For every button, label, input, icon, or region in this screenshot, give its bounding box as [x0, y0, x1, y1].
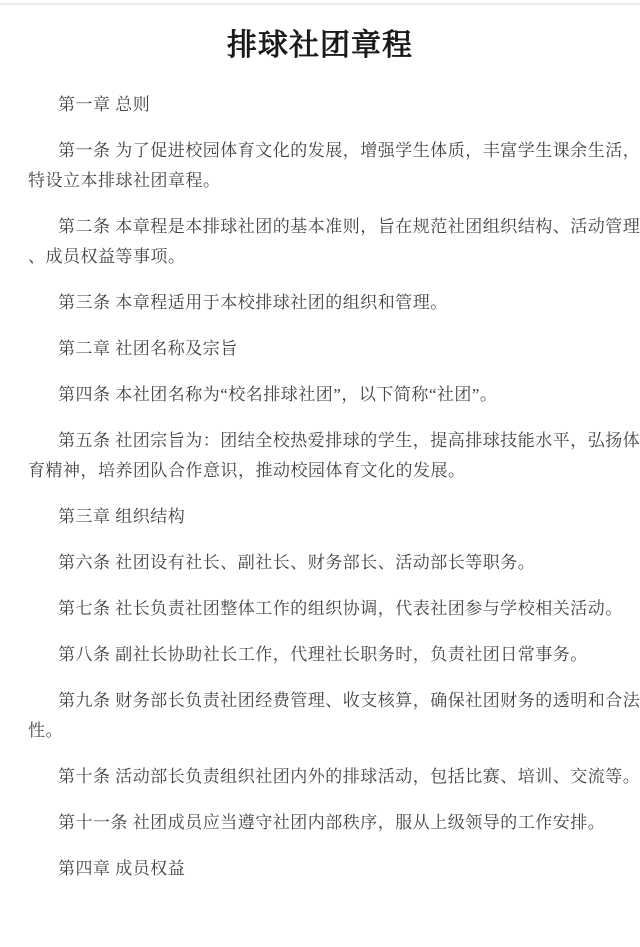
text-line: 第三章 组织结构 — [28, 502, 614, 532]
text-line: 第六条 社团设有社长、副社长、财务部长、活动部长等职务。 — [28, 548, 614, 578]
text-line: 、成员权益等事项。 — [28, 242, 614, 272]
article-paragraph: 第二条 本章程是本排球社团的基本准则，旨在规范社团组织结构、活动管理 、成员权益… — [28, 212, 614, 272]
article-paragraph: 第八条 副社长协助社长工作，代理社长职务时，负责社团日常事务。 — [28, 640, 614, 670]
text-line: 第三条 本章程适用于本校排球社团的组织和管理。 — [28, 288, 614, 318]
text-line: 性。 — [28, 716, 614, 746]
text-line: 第十一条 社团成员应当遵守社团内部秩序，服从上级领导的工作安排。 — [28, 808, 614, 838]
article-paragraph: 第五条 社团宗旨为：团结全校热爱排球的学生，提高排球技能水平，弘扬体 育精神，培… — [28, 426, 614, 486]
document-body: 第一章 总则 第一条 为了促进校园体育文化的发展，增强学生体质，丰富学生课余生活… — [0, 63, 640, 884]
article-paragraph: 第七条 社长负责社团整体工作的组织协调，代表社团参与学校相关活动。 — [28, 594, 614, 624]
chapter-heading: 第四章 成员权益 — [28, 854, 614, 884]
text-line: 第四条 本社团名称为“校名排球社团”，以下简称“社团”。 — [28, 380, 614, 410]
article-paragraph: 第一条 为了促进校园体育文化的发展，增强学生体质，丰富学生课余生活， 特设立本排… — [28, 136, 614, 196]
article-paragraph: 第三条 本章程适用于本校排球社团的组织和管理。 — [28, 288, 614, 318]
article-paragraph: 第九条 财务部长负责社团经费管理、收支核算，确保社团财务的透明和合法 性。 — [28, 686, 614, 746]
text-line: 第一条 为了促进校园体育文化的发展，增强学生体质，丰富学生课余生活， — [28, 136, 614, 166]
text-line: 第八条 副社长协助社长工作，代理社长职务时，负责社团日常事务。 — [28, 640, 614, 670]
article-paragraph: 第四条 本社团名称为“校名排球社团”，以下简称“社团”。 — [28, 380, 614, 410]
text-line: 特设立本排球社团章程。 — [28, 166, 614, 196]
page-top-edge-line — [0, 3, 640, 5]
text-line: 第二条 本章程是本排球社团的基本准则，旨在规范社团组织结构、活动管理 — [28, 212, 614, 242]
article-paragraph: 第十一条 社团成员应当遵守社团内部秩序，服从上级领导的工作安排。 — [28, 808, 614, 838]
chapter-heading: 第二章 社团名称及宗旨 — [28, 334, 614, 364]
article-paragraph: 第六条 社团设有社长、副社长、财务部长、活动部长等职务。 — [28, 548, 614, 578]
chapter-heading: 第一章 总则 — [28, 90, 614, 120]
text-line: 育精神，培养团队合作意识，推动校园体育文化的发展。 — [28, 456, 614, 486]
text-line: 第十条 活动部长负责组织社团内外的排球活动，包括比赛、培训、交流等。 — [28, 762, 614, 792]
document-title: 排球社团章程 — [0, 29, 640, 63]
text-line: 第四章 成员权益 — [28, 854, 614, 884]
text-line: 第二章 社团名称及宗旨 — [28, 334, 614, 364]
text-line: 第九条 财务部长负责社团经费管理、收支核算，确保社团财务的透明和合法 — [28, 686, 614, 716]
text-line: 第五条 社团宗旨为：团结全校热爱排球的学生，提高排球技能水平，弘扬体 — [28, 426, 614, 456]
text-line: 第七条 社长负责社团整体工作的组织协调，代表社团参与学校相关活动。 — [28, 594, 614, 624]
article-paragraph: 第十条 活动部长负责组织社团内外的排球活动，包括比赛、培训、交流等。 — [28, 762, 614, 792]
text-line: 第一章 总则 — [28, 90, 614, 120]
document-page: 排球社团章程 第一章 总则 第一条 为了促进校园体育文化的发展，增强学生体质，丰… — [0, 0, 640, 947]
chapter-heading: 第三章 组织结构 — [28, 502, 614, 532]
